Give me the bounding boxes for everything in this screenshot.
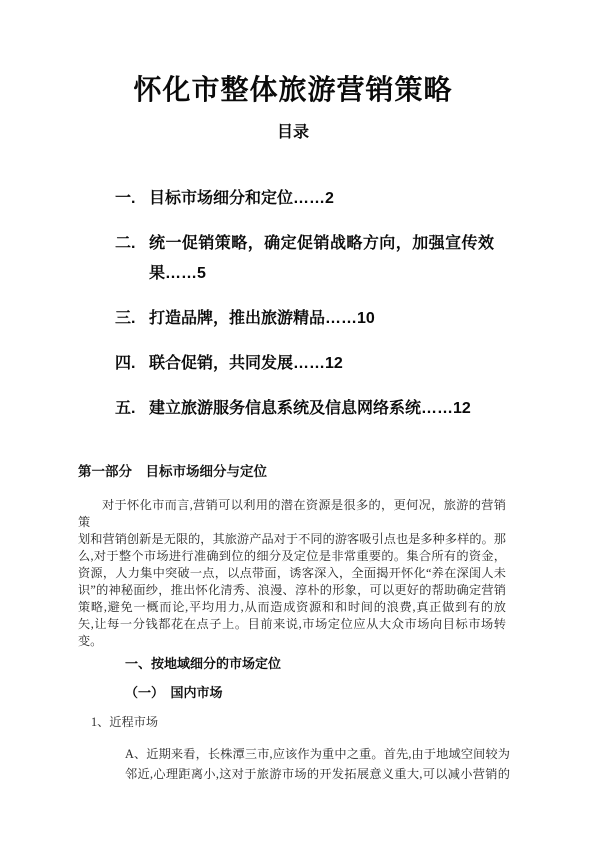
body-paragraph-line: 么,对于整个市场进行准确到位的细分及定位是非常重要的。集合所有的资金，	[78, 548, 506, 565]
document-page: 怀化市整体旅游营销策略 目录 一. 目标市场细分和定位……2 二. 统一促销策略…	[0, 0, 595, 842]
paragraph-changzhutan-line: A、近期来看，长株潭三市,应该作为重中之重。首先,由于地域空间较为	[125, 745, 510, 765]
toc-item-text: 联合促销，共同发展……12	[149, 349, 494, 379]
body-paragraph-line: 对于怀化市而言,营销可以利用的潜在资源是很多的，更何况，旅游的营销策	[78, 497, 506, 531]
toc-item-number: 四.	[115, 349, 149, 379]
toc-item-text: 建立旅游服务信息系统及信息网络系统……12	[149, 394, 494, 424]
section-heading-part1: 第一部分 目标市场细分与定位	[78, 462, 508, 482]
subheading-near-market: 1、近程市场	[91, 713, 508, 731]
toc-item-2: 二. 统一促销策略，确定促销战略方向，加强宣传效果……5	[115, 229, 508, 289]
toc-item-text: 打造品牌，推出旅游精品……10	[149, 304, 494, 334]
body-paragraph-line: 识”的神秘面纱，推出怀化清秀、浪漫、淳朴的形象，可以更好的帮助确定营销	[78, 582, 506, 599]
toc-item-number: 二.	[115, 229, 149, 289]
subheading-region-segmentation: 一、按地域细分的市场定位	[125, 654, 508, 674]
toc-item-3: 三. 打造品牌，推出旅游精品……10	[115, 304, 508, 334]
toc-item-1: 一. 目标市场细分和定位……2	[115, 184, 508, 214]
toc-item-number: 一.	[115, 184, 149, 214]
toc-list: 一. 目标市场细分和定位……2 二. 统一促销策略，确定促销战略方向，加强宣传效…	[115, 184, 508, 424]
toc-item-text: 目标市场细分和定位……2	[149, 184, 494, 214]
subheading-domestic-market: （一） 国内市场	[125, 683, 508, 703]
toc-item-text: 统一促销策略，确定促销战略方向，加强宣传效果……5	[149, 229, 494, 289]
body-paragraph-line: 变。	[78, 633, 506, 650]
toc-heading: 目录	[78, 122, 508, 144]
paragraph-changzhutan: A、近期来看，长株潭三市,应该作为重中之重。首先,由于地域空间较为 邻近,心理距…	[125, 745, 510, 784]
toc-item-number: 三.	[115, 304, 149, 334]
body-paragraph-line: 划和营销创新是无限的，其旅游产品对于不同的游客吸引点也是多种多样的。那	[78, 531, 506, 548]
toc-item-number: 五.	[115, 394, 149, 424]
paragraph-changzhutan-line: 邻近,心理距离小,这对于旅游市场的开发拓展意义重大,可以减小营销的	[125, 765, 510, 785]
toc-item-5: 五. 建立旅游服务信息系统及信息网络系统……12	[115, 394, 508, 424]
body-paragraph-line: 矢,让每一分钱都花在点子上。目前来说,市场定位应从大众市场向目标市场转	[78, 616, 506, 633]
toc-item-4: 四. 联合促销，共同发展……12	[115, 349, 508, 379]
body-paragraph-line: 策略,避免一概而论,平均用力,从而造成资源和和时间的浪费,真正做到有的放	[78, 599, 506, 616]
body-paragraph-line: 资源，人力集中突破一点，以点带面，诱客深入，全面揭开怀化“养在深闺人未	[78, 565, 506, 582]
body-paragraph: 对于怀化市而言,营销可以利用的潜在资源是很多的，更何况，旅游的营销策 划和营销创…	[78, 497, 506, 650]
document-title: 怀化市整体旅游营销策略	[78, 70, 508, 110]
